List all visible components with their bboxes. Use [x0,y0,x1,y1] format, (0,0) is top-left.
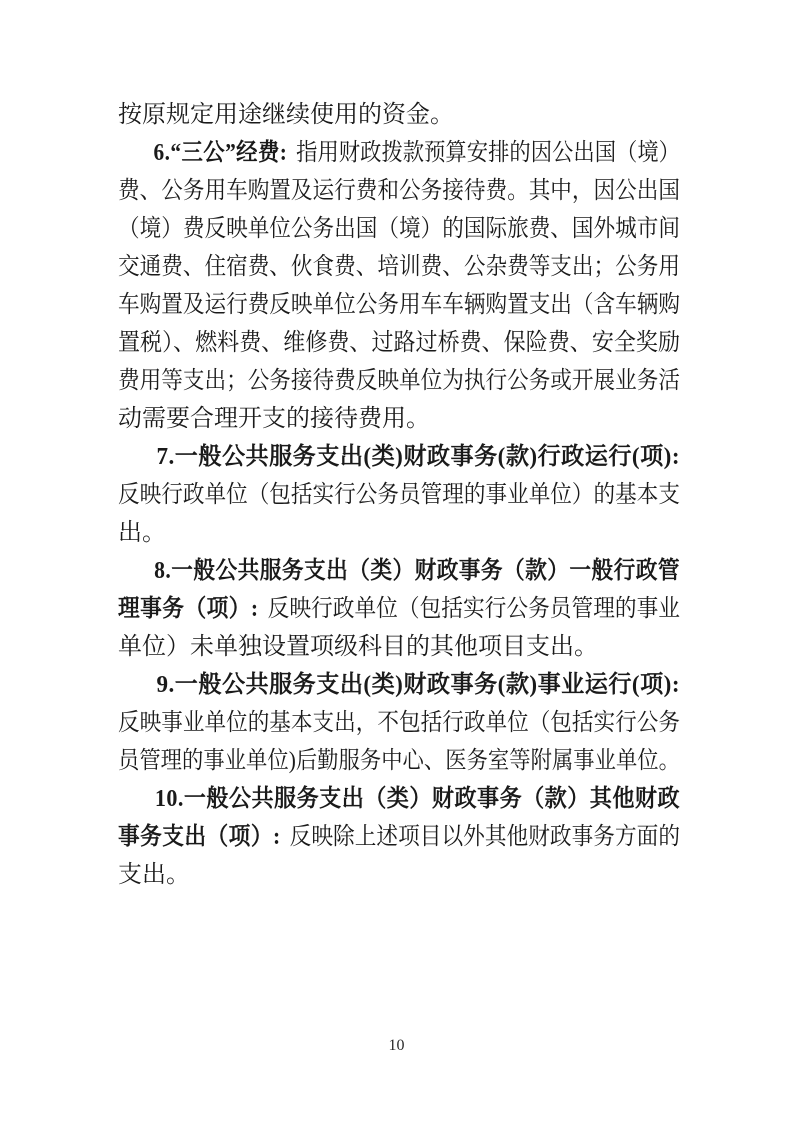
text-line-content: 员管理的事业单位)后勤服务中心、医务室等附属事业单位。 [118,742,680,780]
text-line: 员管理的事业单位)后勤服务中心、医务室等附属事业单位。 [118,742,680,780]
text-line: 费用等支出；公务接待费反映单位为执行公务或开展业务活 [118,362,680,400]
text-line-content: 8.一般公共服务支出（类）财政事务（款）一般行政管 [118,552,680,590]
text-line: 事务支出（项）:反映除上述项目以外其他财政事务方面的 [118,818,680,856]
text-line: 8.一般公共服务支出（类）财政事务（款）一般行政管 [118,552,680,590]
body-text: 支出。 [118,862,190,888]
text-line: 车购置及运行费反映单位公务用车车辆购置支出（含车辆购 [118,286,680,324]
text-line: 反映行政单位（包括实行公务员管理的事业单位）的基本支 [118,476,680,514]
body-text: 反映事业单位的基本支出，不包括行政单位（包括实行公务 [118,710,680,736]
body-text: 反映行政单位（包括实行公务员管理的事业单位）的基本支 [118,482,680,508]
text-line: 费、公务用车购置及运行费和公务接待费。其中，因公出国 [118,172,680,210]
paragraph-indent [118,691,156,692]
body-text: 单位）未单独设置项级科目的其他项目支出。 [118,634,598,660]
text-line: 理事务（项）:反映行政单位（包括实行公务员管理的事业 [118,590,680,628]
body-text: 员管理的事业单位)后勤服务中心、医务室等附属事业单位。 [118,748,680,774]
body-text: 交通费、住宿费、伙食费、培训费、公杂费等支出；公务用 [118,254,680,280]
paragraph-indent [118,463,156,464]
text-line-content: 理事务（项）:反映行政单位（包括实行公务员管理的事业 [118,590,680,628]
bold-lead-text: 理事务（项）: [118,596,259,622]
body-text: 反映除上述项目以外其他财政事务方面的 [290,824,680,850]
bold-lead-text: 8.一般公共服务支出（类）财政事务（款）一般行政管 [154,558,680,584]
text-line: 出。 [118,514,680,552]
text-line-content: 10.一般公共服务支出（类）财政事务（款）其他财政 [118,780,680,818]
body-text: 按原规定用途继续使用的资金。 [118,102,454,128]
paragraph-indent [118,577,154,578]
body-text: 动需要合理开支的接待费用。 [118,406,430,432]
text-line: 交通费、住宿费、伙食费、培训费、公杂费等支出；公务用 [118,248,680,286]
text-line-content: 按原规定用途继续使用的资金。 [118,96,454,134]
text-line: 反映事业单位的基本支出，不包括行政单位（包括实行公务 [118,704,680,742]
text-line-content: 动需要合理开支的接待费用。 [118,400,430,438]
text-line: 按原规定用途继续使用的资金。 [118,96,680,134]
text-line-content: 车购置及运行费反映单位公务用车车辆购置支出（含车辆购 [118,286,680,324]
document-page: 按原规定用途继续使用的资金。6.“三公”经费:指用财政拨款预算安排的因公出国（境… [0,0,793,1122]
text-line: 动需要合理开支的接待费用。 [118,400,680,438]
text-line: 置税）、燃料费、维修费、过路过桥费、保险费、安全奖励 [118,324,680,362]
text-line-content: 费、公务用车购置及运行费和公务接待费。其中，因公出国 [118,172,680,210]
text-line: 10.一般公共服务支出（类）财政事务（款）其他财政 [118,780,680,818]
text-line-content: 交通费、住宿费、伙食费、培训费、公杂费等支出；公务用 [118,248,680,286]
paragraph-indent [118,159,154,160]
text-line-content: 6.“三公”经费:指用财政拨款预算安排的因公出国（境） [118,134,680,172]
body-text: 指用财政拨款预算安排的因公出国（境） [296,140,680,166]
body-text: 车购置及运行费反映单位公务用车车辆购置支出（含车辆购 [118,292,680,318]
paragraph-indent [118,805,155,806]
text-line-content: 费用等支出；公务接待费反映单位为执行公务或开展业务活 [118,362,680,400]
text-line-content: 置税）、燃料费、维修费、过路过桥费、保险费、安全奖励 [118,324,680,362]
text-line-content: 反映事业单位的基本支出，不包括行政单位（包括实行公务 [118,704,680,742]
bold-lead-text: 9.一般公共服务支出(类)财政事务(款)事业运行(项): [156,672,680,698]
text-block: 按原规定用途继续使用的资金。6.“三公”经费:指用财政拨款预算安排的因公出国（境… [118,96,680,894]
text-line: 支出。 [118,856,680,894]
text-line: 7.一般公共服务支出(类)财政事务(款)行政运行(项): [118,438,680,476]
bold-lead-text: 事务支出（项）: [118,824,281,850]
body-text: 反映行政单位（包括实行公务员管理的事业 [268,596,680,622]
text-line-content: 支出。 [118,856,190,894]
body-text: 费、公务用车购置及运行费和公务接待费。其中，因公出国 [118,178,680,204]
text-line-content: 事务支出（项）:反映除上述项目以外其他财政事务方面的 [118,818,680,856]
text-line-content: （境）费反映单位公务出国（境）的国际旅费、国外城市间 [118,210,680,248]
text-line-content: 反映行政单位（包括实行公务员管理的事业单位）的基本支 [118,476,680,514]
text-line-content: 7.一般公共服务支出(类)财政事务(款)行政运行(项): [118,438,680,476]
bold-lead-text: 6.“三公”经费: [154,140,288,166]
body-text: 出。 [118,520,166,546]
page-number: 10 [0,1036,793,1056]
bold-lead-text: 10.一般公共服务支出（类）财政事务（款）其他财政 [155,786,680,812]
text-line-content: 单位）未单独设置项级科目的其他项目支出。 [118,628,598,666]
body-text: 费用等支出；公务接待费反映单位为执行公务或开展业务活 [118,368,680,394]
body-text: 置税）、燃料费、维修费、过路过桥费、保险费、安全奖励 [118,330,680,356]
text-line: 6.“三公”经费:指用财政拨款预算安排的因公出国（境） [118,134,680,172]
text-line: 单位）未单独设置项级科目的其他项目支出。 [118,628,680,666]
bold-lead-text: 7.一般公共服务支出(类)财政事务(款)行政运行(项): [156,444,680,470]
body-text: （境）费反映单位公务出国（境）的国际旅费、国外城市间 [118,216,680,242]
text-line-content: 出。 [118,514,166,552]
text-line: 9.一般公共服务支出(类)财政事务(款)事业运行(项): [118,666,680,704]
text-line: （境）费反映单位公务出国（境）的国际旅费、国外城市间 [118,210,680,248]
text-line-content: 9.一般公共服务支出(类)财政事务(款)事业运行(项): [118,666,680,704]
